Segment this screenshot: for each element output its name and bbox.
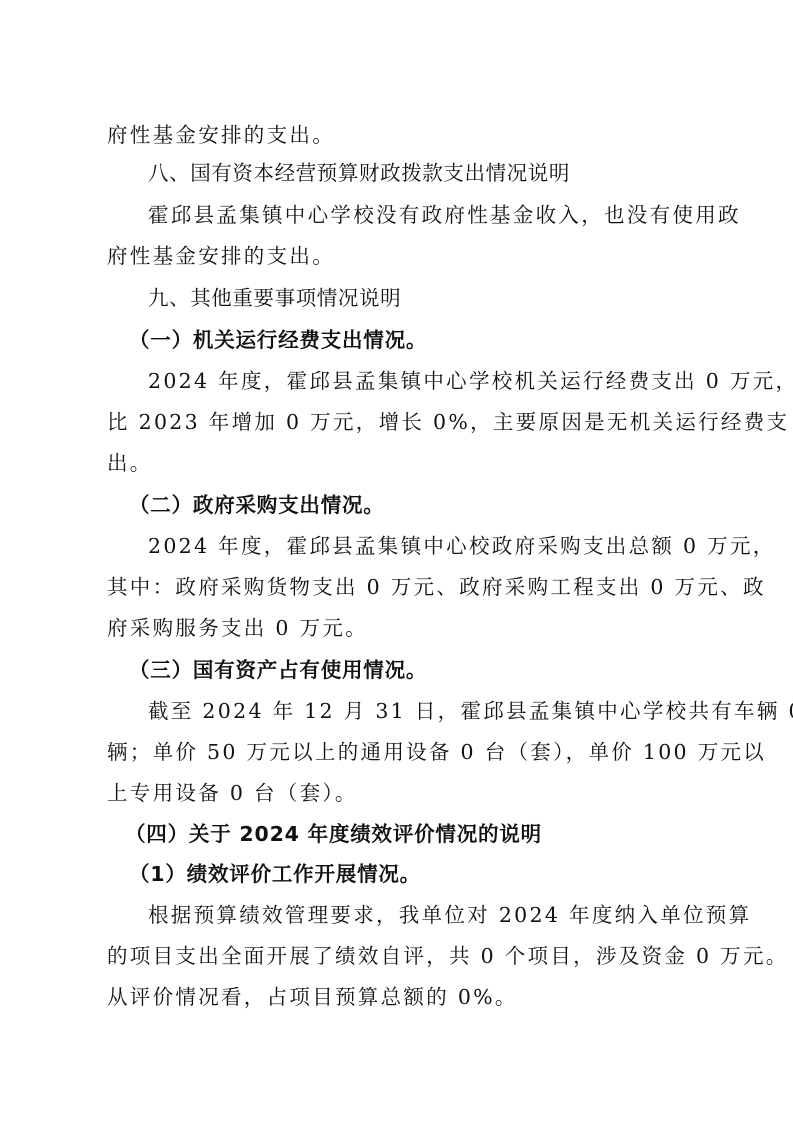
- paragraph-text: 根据预算绩效管理要求，我单位对 2024 年度纳入单位预算: [148, 902, 751, 928]
- paragraph-text: 上专用设备 0 台（套）。: [107, 780, 358, 806]
- paragraph-text: 2024 年度，霍邱县孟集镇中心学校机关运行经费支出 0 万元，: [148, 368, 793, 394]
- paragraph-text: 比 2023 年增加 0 万元，增长 0%，主要原因是无机关运行经费支: [107, 409, 789, 435]
- paragraph-text: 霍邱县孟集镇中心学校没有政府性基金收入，也没有使用政: [148, 202, 741, 228]
- subsection-heading-2: （二）政府采购支出情况。: [129, 492, 385, 518]
- paragraph-text: 府采购服务支出 0 万元。: [107, 615, 368, 641]
- paragraph-text: 截至 2024 年 12 月 31 日，霍邱县孟集镇中心学校共有车辆 0: [148, 698, 793, 724]
- sub-subsection-heading-1: （1）绩效评价工作开展情况。: [129, 861, 421, 887]
- paragraph-text: 辆；单价 50 万元以上的通用设备 0 台（套），单价 100 万元以: [107, 739, 766, 765]
- paragraph-text: 出。: [107, 450, 153, 476]
- section-heading-9: 九、其他重要事项情况说明: [148, 285, 401, 311]
- paragraph-text: 府性基金安排的支出。: [107, 243, 335, 269]
- subsection-heading-1: （一）机关运行经费支出情况。: [129, 327, 427, 353]
- paragraph-text: 的项目支出全面开展了绩效自评，共 0 个项目，涉及资金 0 万元。: [107, 943, 789, 969]
- subsection-heading-4: （四）关于 2024 年度绩效评价情况的说明: [125, 821, 542, 847]
- paragraph-text: 2024 年度，霍邱县孟集镇中心校政府采购支出总额 0 万元，: [148, 533, 776, 559]
- subsection-heading-3: （三）国有资产占有使用情况。: [129, 657, 427, 683]
- section-heading-8: 八、国有资本经营预算财政拨款支出情况说明: [148, 160, 570, 186]
- paragraph-text: 从评价情况看，占项目预算总额的 0%。: [107, 984, 518, 1010]
- paragraph-text: 其中：政府采购货物支出 0 万元、政府采购工程支出 0 万元、政: [107, 574, 766, 600]
- paragraph-continuation: 府性基金安排的支出。: [107, 122, 335, 148]
